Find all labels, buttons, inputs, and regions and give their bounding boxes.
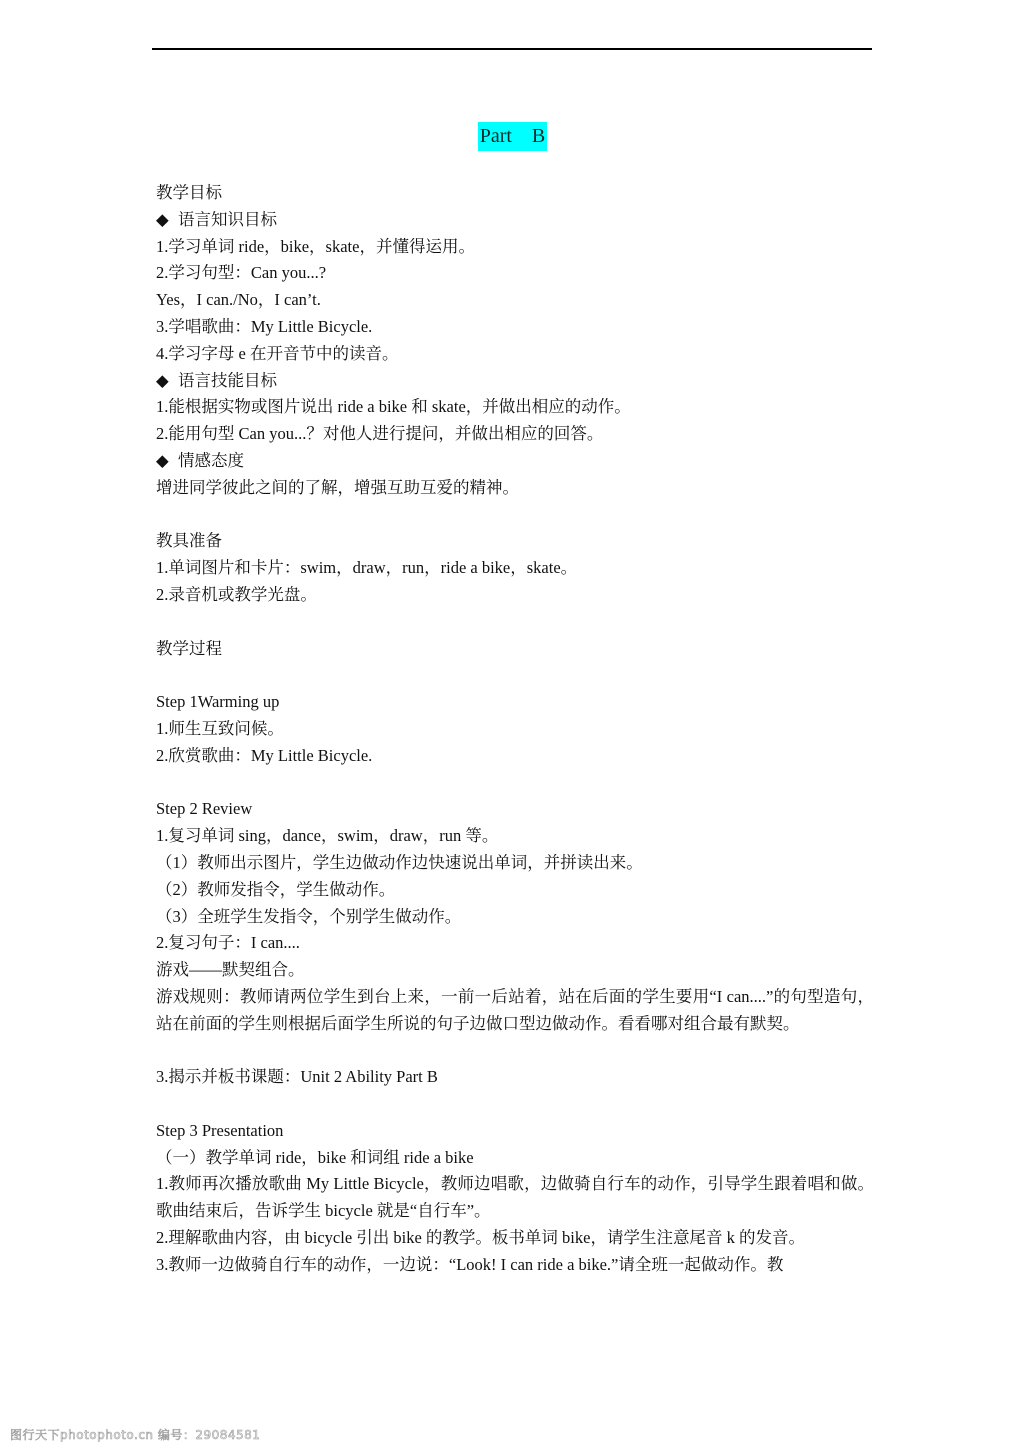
text-line: （一）教学单词 ride，bike 和词组 ride a bike (156, 1145, 874, 1172)
bullet-heading: ◆语言知识目标 (156, 207, 874, 234)
text-line: （2）教师发指令，学生做动作。 (156, 877, 874, 904)
text-line: 2.能用句型 Can you...？对他人进行提问，并做出相应的回答。 (156, 421, 874, 448)
bullet-heading-text: 语言知识目标 (178, 210, 277, 229)
blank-line (156, 770, 874, 797)
text-line: Step 3 Presentation (156, 1118, 874, 1145)
text-line: 1.学习单词 ride，bike，skate，并懂得运用。 (156, 234, 874, 261)
diamond-bullet-icon: ◆ (156, 207, 178, 234)
header-rule (152, 48, 872, 50)
text-line: 1.能根据实物或图片说出 ride a bike 和 skate，并做出相应的动… (156, 394, 874, 421)
text-line: 增进同学彼此之间的了解，增强互助互爱的精神。 (156, 475, 874, 502)
text-line: 2.录音机或教学光盘。 (156, 582, 874, 609)
text-line: 1.师生互致问候。 (156, 716, 874, 743)
bullet-heading-text: 情感态度 (178, 451, 244, 470)
document-body: 教学目标◆语言知识目标1.学习单词 ride，bike，skate，并懂得运用。… (156, 180, 874, 1279)
text-line: Step 2 Review (156, 796, 874, 823)
text-line: 3.学唱歌曲：My Little Bicycle. (156, 314, 874, 341)
blank-line (156, 1038, 874, 1065)
text-line: 2.理解歌曲内容，由 bicycle 引出 bike 的教学。板书单词 bike… (156, 1225, 874, 1252)
text-line: 3.揭示并板书课题：Unit 2 Ability Part B (156, 1064, 874, 1091)
text-line: 教学过程 (156, 636, 874, 663)
text-line: （3）全班学生发指令，个别学生做动作。 (156, 904, 874, 931)
diamond-bullet-icon: ◆ (156, 368, 178, 395)
text-line: 教具准备 (156, 528, 874, 555)
text-line: 3.教师一边做骑自行车的动作，一边说：“Look! I can ride a b… (156, 1252, 874, 1279)
text-line: 2.复习句子：I can.... (156, 930, 874, 957)
blank-line (156, 1091, 874, 1118)
bullet-heading: ◆情感态度 (156, 448, 874, 475)
text-line: 游戏——默契组合。 (156, 957, 874, 984)
blank-line (156, 662, 874, 689)
text-line: 1.单词图片和卡片：swim，draw，run，ride a bike，skat… (156, 555, 874, 582)
title-container: Part B (0, 122, 1023, 151)
paragraph: 游戏规则：教师请两位学生到台上来，一前一后站着，站在后面的学生要用“I can.… (156, 984, 874, 1038)
text-line: Yes，I can./No，I can’t. (156, 287, 874, 314)
text-line: Step 1Warming up (156, 689, 874, 716)
text-line: 1.复习单词 sing，dance，swim，draw，run 等。 (156, 823, 874, 850)
text-line: （1）教师出示图片，学生边做动作边快速说出单词，并拼读出来。 (156, 850, 874, 877)
bullet-heading-text: 语言技能目标 (178, 371, 277, 390)
text-line: 4.学习字母 e 在开音节中的读音。 (156, 341, 874, 368)
text-line: 2.欣赏歌曲：My Little Bicycle. (156, 743, 874, 770)
bullet-heading: ◆语言技能目标 (156, 368, 874, 395)
diamond-bullet-icon: ◆ (156, 448, 178, 475)
watermark: 图行天下photophoto.cn 编号：29084581 (10, 1426, 260, 1443)
paragraph: 1.教师再次播放歌曲 My Little Bicycle，教师边唱歌，边做骑自行… (156, 1171, 874, 1225)
blank-line (156, 609, 874, 636)
text-line: 2.学习句型：Can you...? (156, 260, 874, 287)
text-line: 教学目标 (156, 180, 874, 207)
blank-line (156, 502, 874, 529)
page-title: Part B (478, 122, 548, 151)
